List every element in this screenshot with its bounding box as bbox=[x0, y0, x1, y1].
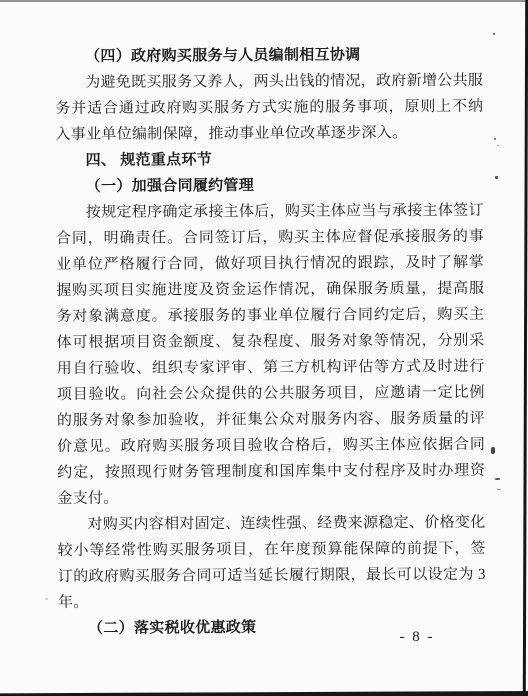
section-heading-yi: （一）加强合同履约管理 bbox=[56, 172, 484, 200]
document-body: （四）政府购买服务与人员编制相互协调 为避免既买服务又养人，两头出钱的情况，政府… bbox=[55, 42, 486, 642]
section-heading-si: （四）政府购买服务与人员编制相互协调 bbox=[55, 42, 483, 70]
chapter-heading-four: 四、 规范重点环节 bbox=[56, 146, 484, 174]
paragraph-contract: 按规定程序确定承接主体后，购买主体应当与承接主体签订合同，明确责任。合同签订后，… bbox=[56, 198, 486, 512]
page-number: - 8 - bbox=[394, 629, 440, 646]
paragraph-coordination: 为避免既买服务又养人，两头出钱的情况，政府新增公共服务并适合通过政府购买服务方式… bbox=[55, 68, 483, 148]
ink-speck bbox=[495, 176, 498, 179]
scan-edge-bottom bbox=[0, 691, 528, 696]
ink-speck bbox=[497, 489, 501, 490]
ink-speck bbox=[45, 598, 48, 600]
ink-speck bbox=[493, 33, 495, 35]
ink-speck bbox=[494, 138, 496, 140]
paragraph-term-extension: 对购买内容相对固定、连续性强、经费来源稳定、价格变化较小等经常性购买服务项目，在… bbox=[57, 510, 486, 616]
scanned-document-page: （四）政府购买服务与人员编制相互协调 为避免既买服务又养人，两头出钱的情况，政府… bbox=[0, 0, 528, 696]
ink-speck bbox=[491, 447, 495, 454]
ink-speck bbox=[497, 145, 499, 146]
ink-speck bbox=[495, 478, 500, 480]
scan-edge-right bbox=[523, 0, 528, 696]
scan-edge-top bbox=[0, 0, 528, 2]
